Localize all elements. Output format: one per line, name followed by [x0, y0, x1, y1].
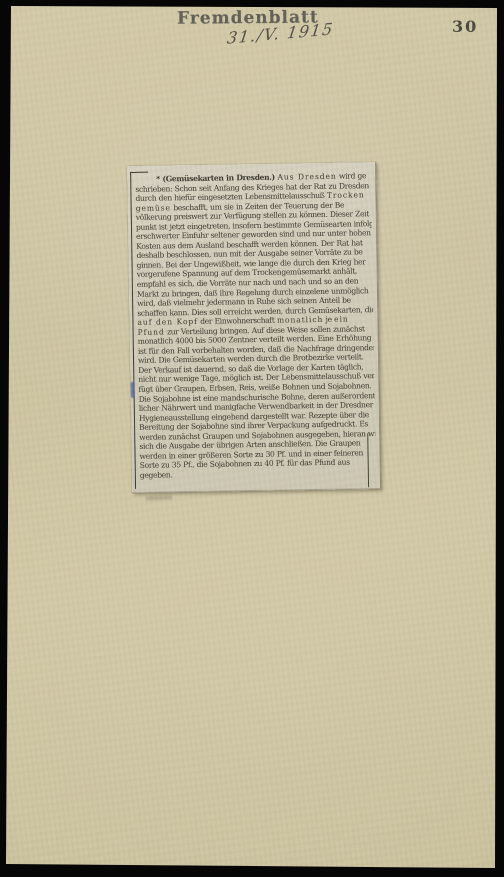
article-text-segment: wird ge: [337, 171, 367, 180]
article-text-segment: je: [323, 315, 334, 324]
article-text-segment: der Einwohnerschaft: [198, 316, 277, 326]
pencil-smudge: [146, 495, 172, 500]
article-text-segment: Pfund: [138, 327, 165, 336]
clipping-top-corner-rule: [130, 172, 148, 173]
page-number: 30: [452, 17, 478, 36]
scanned-album-page: Fremdenblatt 31./V. 1915 30 * (Gemüsekar…: [0, 0, 504, 877]
article-text-segment: monatlich: [277, 315, 323, 325]
article-text-segment: gemüse: [136, 203, 171, 213]
clipping-article-text: * (Gemüsekarten in Dresden.) Aus Dresden…: [135, 171, 376, 480]
article-text-segment: gegeben.: [140, 470, 173, 480]
article-text-segment: auf den Kopf: [137, 317, 198, 327]
blue-pencil-mark: [130, 382, 134, 398]
album-paper-background: Fremdenblatt 31./V. 1915 30 * (Gemüsekar…: [0, 0, 504, 877]
article-text-segment: ein: [334, 315, 349, 324]
article-text-segment: Trocken: [327, 190, 365, 200]
newspaper-clipping: * (Gemüsekarten in Dresden.) Aus Dresden…: [127, 162, 381, 493]
article-text-segment: Aus Dresden: [277, 172, 336, 182]
